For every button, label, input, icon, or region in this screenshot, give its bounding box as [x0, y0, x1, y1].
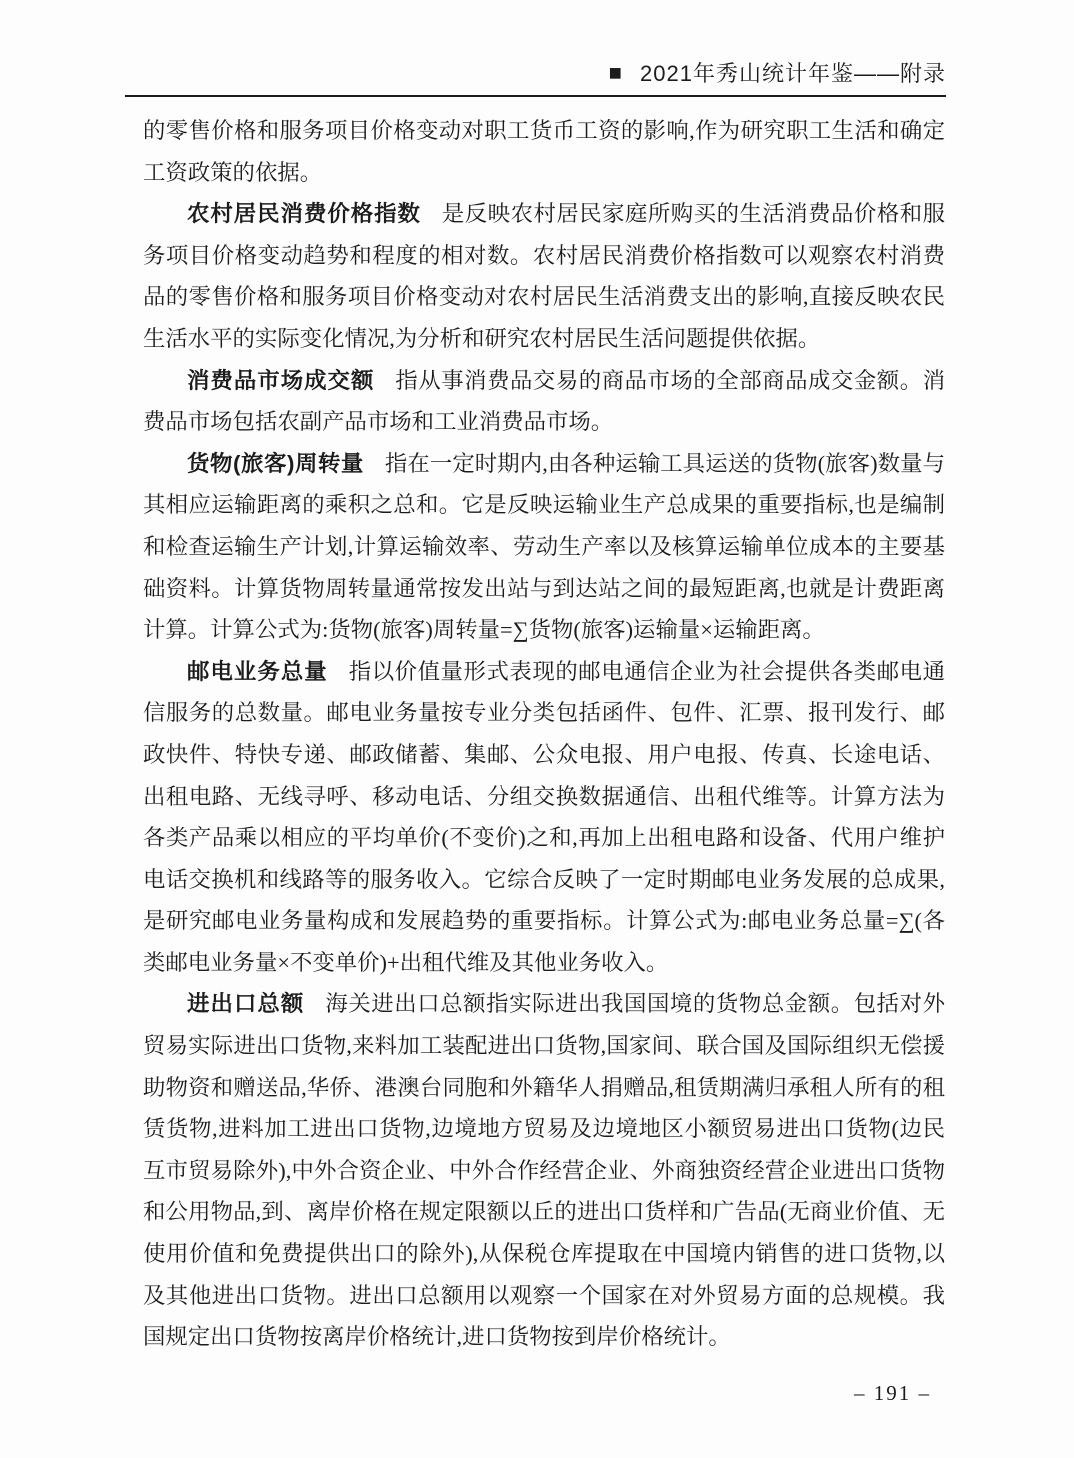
continuation-paragraph: 的零售价格和服务项目价格变动对职工货币工资的影响,作为研究职工生活和确定工资政策…: [143, 110, 945, 193]
definition-paragraph: 农村居民消费价格指数是反映农村居民家庭所购买的生活消费品价格和服务项目价格变动趋…: [143, 193, 945, 359]
term-label: 农村居民消费价格指数: [187, 201, 421, 226]
black-square-icon: ■: [609, 59, 623, 87]
term-definition: 海关进出口总额指实际进出我国国境的货物总金额。包括对外贸易实际进出口货物,来料加…: [143, 991, 945, 1349]
term-label: 邮电业务总量: [187, 659, 328, 684]
content: 的零售价格和服务项目价格变动对职工货币工资的影响,作为研究职工生活和确定工资政策…: [143, 97, 945, 1358]
term-label: 消费品市场成交额: [187, 368, 374, 393]
yearbook-page: ■ 2021年秀山统计年鉴——附录 的零售价格和服务项目价格变动对职工货币工资的…: [0, 0, 1074, 1458]
running-head: ■ 2021年秀山统计年鉴——附录: [125, 0, 946, 97]
term-definition: 指在一定时期内,由各种运输工具运送的货物(旅客)数量与其相应运输距离的乘积之总和…: [143, 451, 945, 642]
term-definition: 指以价值量形式表现的邮电通信企业为社会提供各类邮电通信服务的总数量。邮电业务量按…: [143, 659, 945, 975]
page-number: – 191 –: [854, 1381, 931, 1406]
running-head-title: 2021年秀山统计年鉴——附录: [640, 61, 946, 86]
definition-paragraph: 进出口总额海关进出口总额指实际进出我国国境的货物总金额。包括对外贸易实际进出口货…: [143, 983, 945, 1357]
definition-paragraph: 消费品市场成交额指从事消费品交易的商品市场的全部商品成交金额。消费品市场包括农副…: [143, 360, 945, 443]
term-label: 货物(旅客)周转量: [187, 451, 364, 476]
definition-paragraph: 货物(旅客)周转量指在一定时期内,由各种运输工具运送的货物(旅客)数量与其相应运…: [143, 443, 945, 651]
definition-paragraph: 邮电业务总量指以价值量形式表现的邮电通信企业为社会提供各类邮电通信服务的总数量。…: [143, 651, 945, 984]
term-label: 进出口总额: [187, 991, 304, 1016]
